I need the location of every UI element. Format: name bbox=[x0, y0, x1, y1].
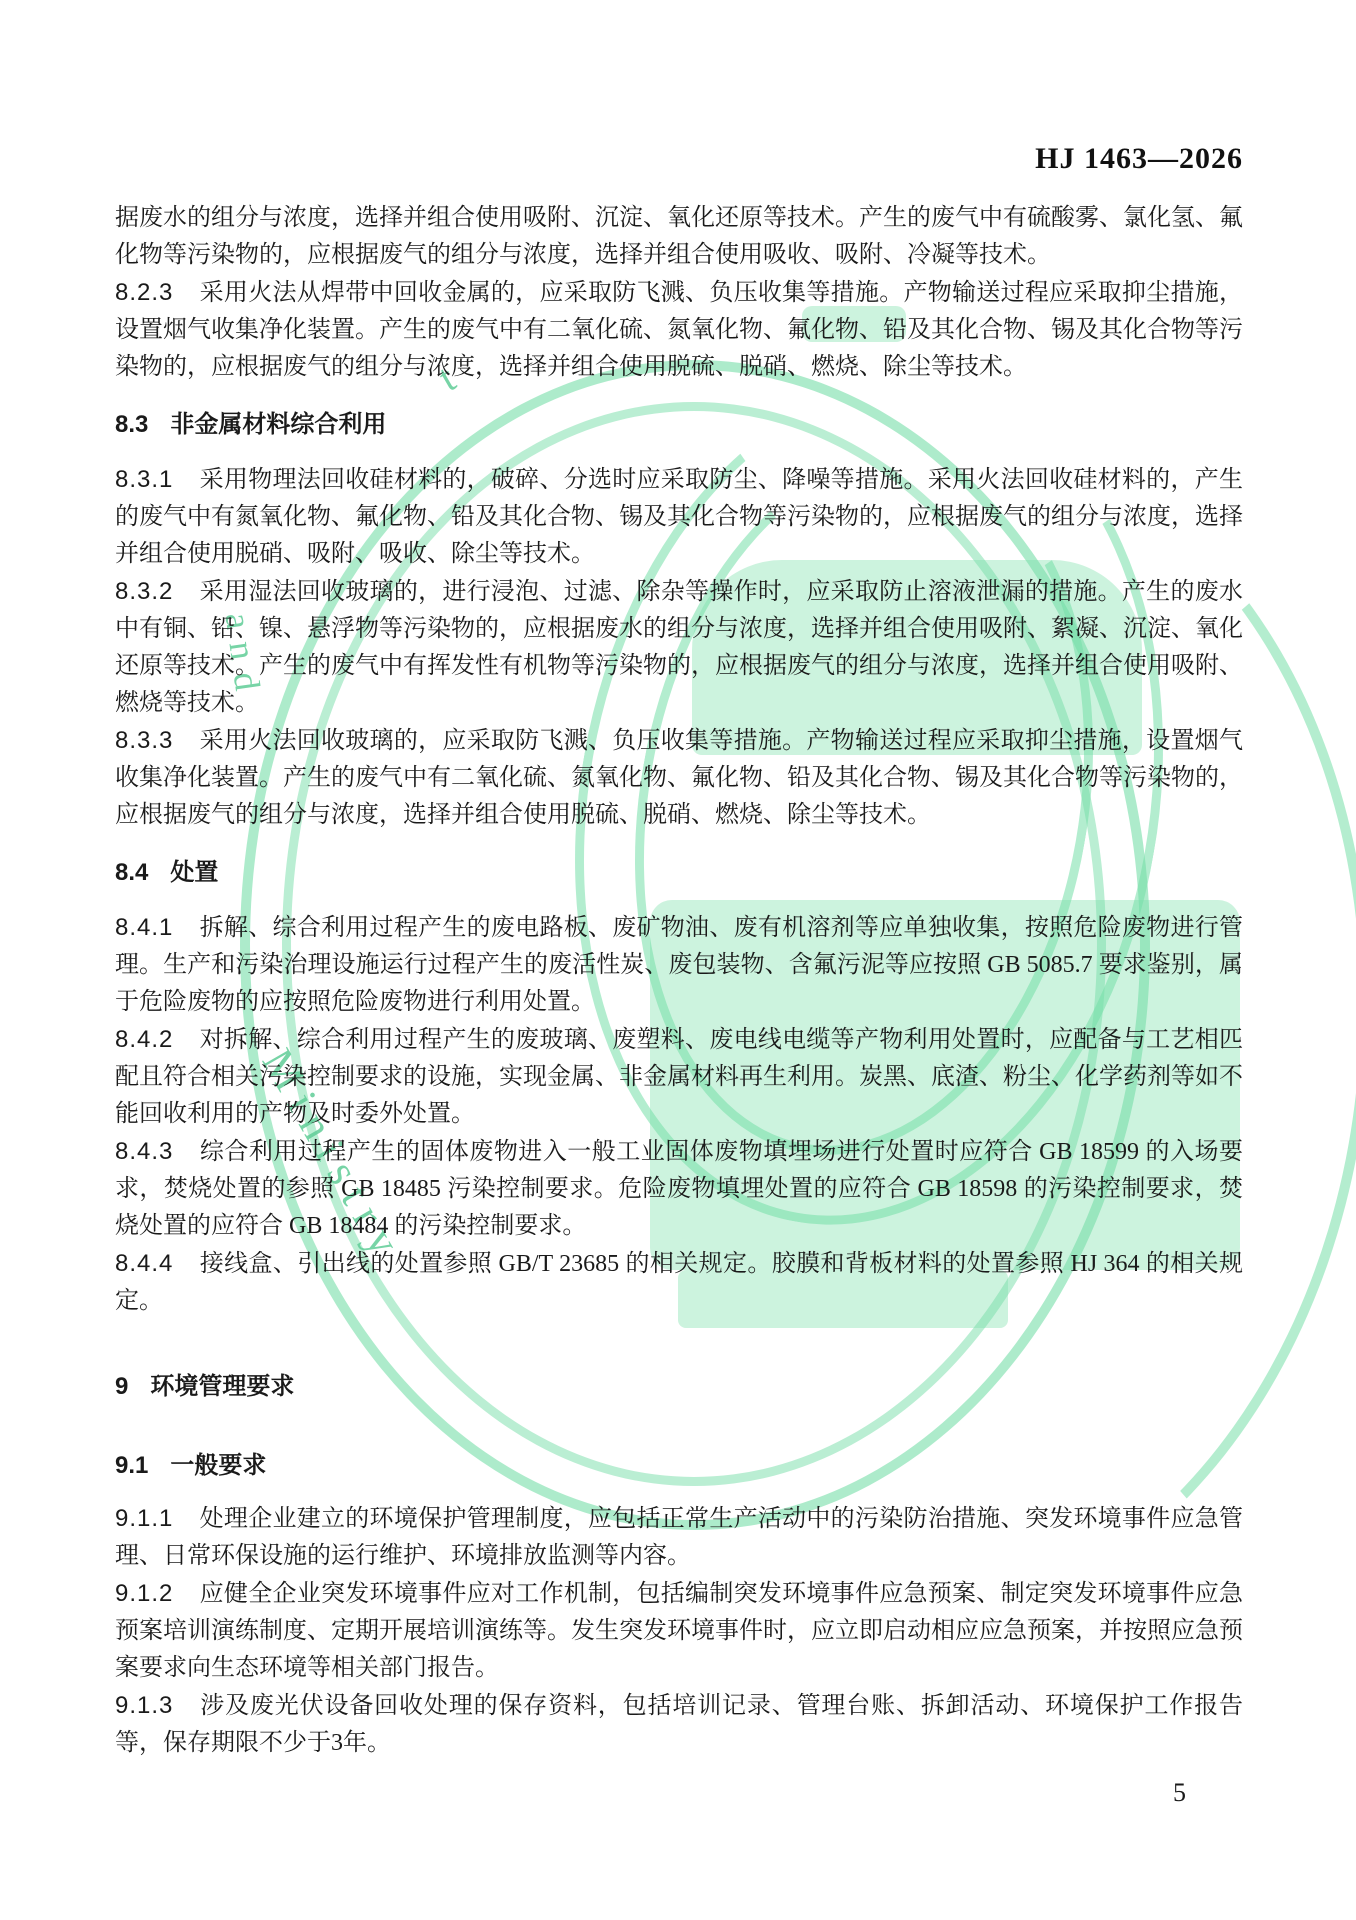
clause-number: 8.4.4 bbox=[115, 1250, 199, 1277]
heading-9-1: 9.1一般要求 bbox=[115, 1447, 1243, 1484]
clause-8-4-3: 8.4.3综合利用过程产生的固体废物进入一般工业固体废物填埋场进行处置时应符合 … bbox=[115, 1133, 1243, 1245]
clause-number: 8.4.1 bbox=[115, 914, 199, 941]
clause-8-4-1: 8.4.1拆解、综合利用过程产生的废电路板、废矿物油、废有机溶剂等应单独收集，按… bbox=[115, 909, 1243, 1021]
heading-title: 非金属材料综合利用 bbox=[170, 411, 386, 438]
clause-8-4-2: 8.4.2对拆解、综合利用过程产生的废玻璃、废塑料、废电线电缆等产物利用处置时，… bbox=[115, 1021, 1243, 1133]
heading-number: 8.4 bbox=[115, 859, 170, 886]
chapter-title: 环境管理要求 bbox=[150, 1373, 294, 1400]
clause-text: 采用物理法回收硅材料的，破碎、分选时应采取防尘、降噪等措施。采用火法回收硅材料的… bbox=[115, 467, 1243, 567]
clause-8-3-3: 8.3.3采用火法回收玻璃的，应采取防飞溅、负压收集等措施。产物输送过程应采取抑… bbox=[115, 722, 1243, 834]
document-body: 据废水的组分与浓度，选择并组合使用吸附、沉淀、氧化还原等技术。产生的废气中有硫酸… bbox=[115, 200, 1243, 1762]
page-number: 5 bbox=[1173, 1778, 1186, 1808]
standard-document-page: t and Ministry HJ 1463—2026 据废水的组分与浓度，选择… bbox=[0, 0, 1356, 1920]
clause-8-3-2: 8.3.2采用湿法回收玻璃的，进行浸泡、过滤、除杂等操作时，应采取防止溶液泄漏的… bbox=[115, 573, 1243, 722]
clause-9-1-3: 9.1.3涉及废光伏设备回收处理的保存资料，包括培训记录、管理台账、拆卸活动、环… bbox=[115, 1687, 1243, 1762]
heading-title: 一般要求 bbox=[170, 1452, 266, 1479]
heading-9: 9环境管理要求 bbox=[115, 1368, 1243, 1405]
heading-title: 处置 bbox=[170, 859, 218, 886]
heading-8-4: 8.4处置 bbox=[115, 854, 1243, 891]
heading-8-3: 8.3非金属材料综合利用 bbox=[115, 406, 1243, 443]
clause-number: 8.3.2 bbox=[115, 578, 199, 605]
clause-8-3-1: 8.3.1采用物理法回收硅材料的，破碎、分选时应采取防尘、降噪等措施。采用火法回… bbox=[115, 461, 1243, 573]
clause-number: 8.3.3 bbox=[115, 727, 199, 754]
clause-text: 接线盒、引出线的处置参照 GB/T 23685 的相关规定。胶膜和背板材料的处置… bbox=[115, 1251, 1243, 1314]
clause-text: 对拆解、综合利用过程产生的废玻璃、废塑料、废电线电缆等产物利用处置时，应配备与工… bbox=[115, 1027, 1243, 1127]
clause-9-1-2: 9.1.2应健全企业突发环境事件应对工作机制，包括编制突发环境事件应急预案、制定… bbox=[115, 1575, 1243, 1687]
clause-text: 采用火法从焊带中回收金属的，应采取防飞溅、负压收集等措施。产物输送过程应采取抑尘… bbox=[115, 280, 1243, 380]
clause-9-1-1: 9.1.1处理企业建立的环境保护管理制度，应包括正常生产活动中的污染防治措施、突… bbox=[115, 1500, 1243, 1575]
clause-8-4-4: 8.4.4接线盒、引出线的处置参照 GB/T 23685 的相关规定。胶膜和背板… bbox=[115, 1245, 1243, 1320]
clause-text: 采用火法回收玻璃的，应采取防飞溅、负压收集等措施。产物输送过程应采取抑尘措施，设… bbox=[115, 728, 1243, 828]
clause-number: 8.4.2 bbox=[115, 1026, 199, 1053]
clause-8-2-3: 8.2.3采用火法从焊带中回收金属的，应采取防飞溅、负压收集等措施。产物输送过程… bbox=[115, 274, 1243, 386]
clause-number: 9.1.1 bbox=[115, 1505, 199, 1532]
chapter-number: 9 bbox=[115, 1373, 150, 1400]
heading-number: 8.3 bbox=[115, 411, 170, 438]
clause-number: 9.1.3 bbox=[115, 1692, 199, 1719]
clause-text: 处理企业建立的环境保护管理制度，应包括正常生产活动中的污染防治措施、突发环境事件… bbox=[115, 1506, 1243, 1569]
clause-text: 涉及废光伏设备回收处理的保存资料，包括培训记录、管理台账、拆卸活动、环境保护工作… bbox=[115, 1693, 1243, 1756]
clause-number: 8.3.1 bbox=[115, 466, 199, 493]
standard-code-header: HJ 1463—2026 bbox=[1035, 142, 1243, 176]
heading-number: 9.1 bbox=[115, 1452, 170, 1479]
clause-number: 9.1.2 bbox=[115, 1580, 199, 1607]
paragraph-continuation: 据废水的组分与浓度，选择并组合使用吸附、沉淀、氧化还原等技术。产生的废气中有硫酸… bbox=[115, 200, 1243, 274]
clause-number: 8.2.3 bbox=[115, 279, 199, 306]
clause-text: 采用湿法回收玻璃的，进行浸泡、过滤、除杂等操作时，应采取防止溶液泄漏的措施。产生… bbox=[115, 579, 1243, 716]
clause-number: 8.4.3 bbox=[115, 1138, 199, 1165]
clause-text: 综合利用过程产生的固体废物进入一般工业固体废物填埋场进行处置时应符合 GB 18… bbox=[115, 1139, 1243, 1239]
clause-text: 应健全企业突发环境事件应对工作机制，包括编制突发环境事件应急预案、制定突发环境事… bbox=[115, 1581, 1243, 1681]
clause-text: 拆解、综合利用过程产生的废电路板、废矿物油、废有机溶剂等应单独收集，按照危险废物… bbox=[115, 915, 1243, 1015]
